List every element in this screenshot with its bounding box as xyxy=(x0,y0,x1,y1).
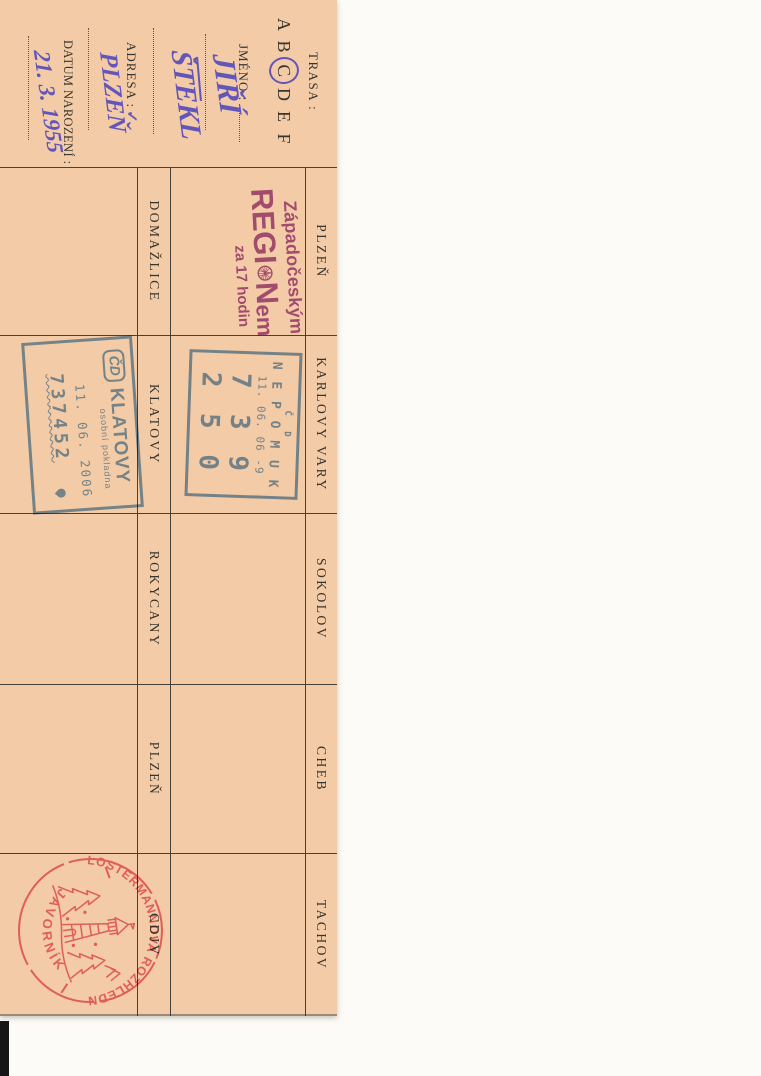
dotted-line xyxy=(153,28,154,134)
route-letter-c: C xyxy=(273,63,295,78)
handwritten-last-name: ŠTEKL xyxy=(165,50,205,140)
klatovy-serial-number: 737452 xyxy=(45,373,75,502)
region-stamp-regi: REGI xyxy=(246,187,281,264)
stamp-cell xyxy=(0,168,137,335)
station-name: PLZEŇ xyxy=(137,685,170,853)
route-letter-b: B xyxy=(274,40,295,53)
region-stamp-em: em xyxy=(252,304,276,337)
dotted-line xyxy=(205,34,206,130)
wheel-icon xyxy=(251,264,279,281)
station-name: SOKOLOV xyxy=(305,514,337,684)
nepomuk-station-stamp: Č D N E P O M U K 11. 06. 06 -9 7 3 9 2 … xyxy=(184,349,302,500)
dotted-line xyxy=(88,28,89,130)
handwritten-first-name: JIŘÍ xyxy=(208,54,248,114)
klatovy-date: 11. 06. 2006 xyxy=(72,384,95,501)
stamp-cell xyxy=(0,514,137,684)
route-letters: A B C D E F xyxy=(273,18,295,154)
stamp-cell xyxy=(0,685,137,853)
region-stamp-n: N xyxy=(251,281,283,305)
stamp-cell xyxy=(170,685,305,853)
route-letter-f: F xyxy=(274,132,295,145)
route-letter-d: D xyxy=(274,88,295,101)
dotted-line xyxy=(28,36,29,140)
route-letter-e: E xyxy=(274,110,295,123)
route-label: TRASA : xyxy=(305,52,321,111)
station-column-3: SOKOLOV ROKYCANY xyxy=(0,513,337,684)
javornik-round-stamp: KLOSTERMANNOVA ROZHLEDNA JAVORNÍK xyxy=(15,855,166,1006)
nepomuk-serial-number: 7 3 9 2 5 0 xyxy=(192,354,257,493)
station-name: KARLOVY VARY xyxy=(305,336,337,513)
personal-info-section: TRASA : A B C D E F JMÉNO : JIŘÍ ŠTEKL A… xyxy=(0,0,337,168)
scanner-shadow-bar xyxy=(0,1021,9,1076)
pen-circle-annotation: C xyxy=(267,55,300,86)
cd-railways-logo: ČD xyxy=(102,349,126,383)
regionet-ticket: TRASA : A B C D E F JMÉNO : JIŘÍ ŠTEKL A… xyxy=(0,0,337,1016)
region-stamp-line2: REGI Nem xyxy=(246,187,285,336)
region-promo-stamp: Západočeským REGI Nem za 1 xyxy=(228,186,307,338)
station-name: TACHOV xyxy=(305,854,337,1016)
klatovy-station-stamp: ČD KLATOVY osobní pokladna 11. 06. 2006 … xyxy=(21,335,144,514)
station-name: ROKYCANY xyxy=(137,514,170,684)
station-name: PLZEŇ xyxy=(305,168,337,335)
scanned-ticket-page: TRASA : A B C D E F JMÉNO : JIŘÍ ŠTEKL A… xyxy=(0,0,761,1076)
station-name: CHEB xyxy=(305,685,337,853)
stamp-dash-right xyxy=(61,984,67,993)
lookout-tower-illustration xyxy=(53,875,142,987)
station-column-4: CHEB PLZEŇ xyxy=(0,684,337,853)
stamp-cell xyxy=(170,514,305,684)
stamp-cell xyxy=(170,854,305,1016)
station-name: DOMAŽLICE xyxy=(137,168,170,335)
route-letter-a: A xyxy=(274,18,295,31)
